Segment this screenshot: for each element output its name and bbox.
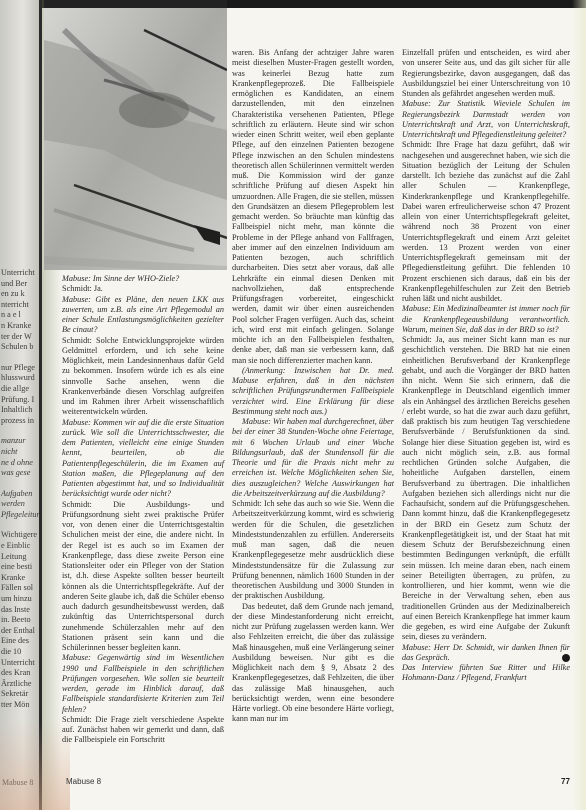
end-bullet-icon xyxy=(562,654,570,662)
facing-line: nur Pflege xyxy=(1,363,39,374)
facing-line: Prüfung. I xyxy=(1,395,39,406)
facing-line: ter der W xyxy=(1,332,39,343)
facing-line: werden xyxy=(1,499,39,510)
scan-tint xyxy=(0,720,70,810)
facing-line: prozess in xyxy=(1,416,39,427)
facing-line: Ärztliche xyxy=(1,679,39,690)
facing-line: Eine des xyxy=(1,636,39,647)
facing-line: Inhaltlich xyxy=(1,405,39,416)
question-paragraph: Mabuse: Ein Medizinalbeamter ist immer n… xyxy=(402,304,570,335)
facing-line: en zu k xyxy=(1,289,39,300)
facing-line: tter Mön xyxy=(1,700,39,711)
facing-line: die allge xyxy=(1,384,39,395)
facing-line: das Inste xyxy=(1,605,39,616)
question-paragraph: Mabuse: Im Sinne der WHO-Ziele? xyxy=(62,274,224,284)
facing-line: Leitung xyxy=(1,552,39,563)
answer-paragraph: Schmidt: Ich sehe das auch so wie Sie. W… xyxy=(232,499,394,602)
facing-line: des Kran xyxy=(1,668,39,679)
answer-paragraph: Schmidt: Die Ausbildungs- und Prüfungsor… xyxy=(62,500,224,654)
answer-paragraph: Schmidt: Ihre Frage hat dazu geführt, da… xyxy=(402,140,570,304)
facing-line: Kranke xyxy=(1,573,39,584)
facing-line: Schulen b xyxy=(1,342,39,353)
article-column-2: waren. Bis Anfang der achtziger Jahre wa… xyxy=(232,48,394,725)
answer-paragraph: Schmidt: Die Frage zielt verschiedene As… xyxy=(62,715,224,746)
photo-hand-pen-icon xyxy=(44,0,227,270)
facing-line: nterricht xyxy=(1,300,39,311)
answer-paragraph: waren. Bis Anfang der achtziger Jahre wa… xyxy=(232,48,394,366)
facing-line: in. Beeto xyxy=(1,615,39,626)
facing-line: nicht xyxy=(1,447,39,458)
facing-line: die 10 xyxy=(1,647,39,658)
question-paragraph: Mabuse: Gegenwärtig sind im Wesentlichen… xyxy=(62,653,224,715)
facing-line: hlusswurd xyxy=(1,373,39,384)
facing-line: der Enthal xyxy=(1,626,39,637)
facing-line: Unterricht xyxy=(1,658,39,669)
answer-paragraph: Schmidt: Ja. xyxy=(62,284,224,294)
question-paragraph: Mabuse: Zur Statistik. Wieviele Schulen … xyxy=(402,99,570,140)
facing-line: manzur xyxy=(1,436,39,447)
facing-line: was gese xyxy=(1,468,39,479)
facing-line: und Ber xyxy=(1,279,39,290)
facing-line: um hinzu xyxy=(1,594,39,605)
facing-page-sliver: Unterricht und Ber en zu k nterricht n a… xyxy=(0,0,42,810)
answer-paragraph: Einzelfall prüfen und entscheiden, es wi… xyxy=(402,48,570,99)
question-paragraph: Mabuse: Wir haben mal durchgerechnet, üb… xyxy=(232,417,394,499)
facing-line: Fällen sol xyxy=(1,583,39,594)
facing-page-text: Unterricht und Ber en zu k nterricht n a… xyxy=(1,268,39,711)
facing-line: eine besti xyxy=(1,562,39,573)
facing-line: n a e l xyxy=(1,310,39,321)
interview-photo xyxy=(44,0,227,270)
page-folio-left: Mabuse 8 xyxy=(66,777,101,786)
facing-line: Unterricht xyxy=(1,268,39,279)
facing-line: n Kranke xyxy=(1,321,39,332)
question-paragraph: Mabuse: Gibt es Pläne, den neuen LKK aus… xyxy=(62,295,224,336)
facing-line: Sekretär xyxy=(1,689,39,700)
article-column-3: Einzelfall prüfen und entscheiden, es wi… xyxy=(402,48,570,684)
answer-paragraph: Das bedeutet, daß dem Grunde nach jemand… xyxy=(232,602,394,725)
question-paragraph: Mabuse: Kommen wir auf die die erste Sit… xyxy=(62,418,224,500)
closing-question: Mabuse: Herr Dr. Schmidt, wir danken Ihn… xyxy=(402,643,570,664)
scan-edge xyxy=(572,0,586,810)
article-column-1: Mabuse: Im Sinne der WHO-Ziele? Schmidt:… xyxy=(62,274,224,746)
interview-credit: Das Interview führten Sue Ritter und Hil… xyxy=(402,663,570,684)
editor-note: (Anmerkung: Inzwischen hat Dr. med. Mabu… xyxy=(232,366,394,417)
facing-line: e Einblic xyxy=(1,541,39,552)
facing-line: Wichtigere xyxy=(1,530,39,541)
facing-line: Aufgaben xyxy=(1,489,39,500)
facing-line: Pflegeleitun xyxy=(1,510,39,521)
closing-text: Mabuse: Herr Dr. Schmidt, wir danken Ihn… xyxy=(402,643,570,662)
answer-paragraph: Schmidt: Solche Entwicklungsprojekte wür… xyxy=(62,336,224,418)
page-number: 77 xyxy=(561,777,570,786)
facing-line: ne d ohne xyxy=(1,458,39,469)
answer-paragraph: Schmidt: Ja, aus meiner Sicht kann man e… xyxy=(402,335,570,643)
